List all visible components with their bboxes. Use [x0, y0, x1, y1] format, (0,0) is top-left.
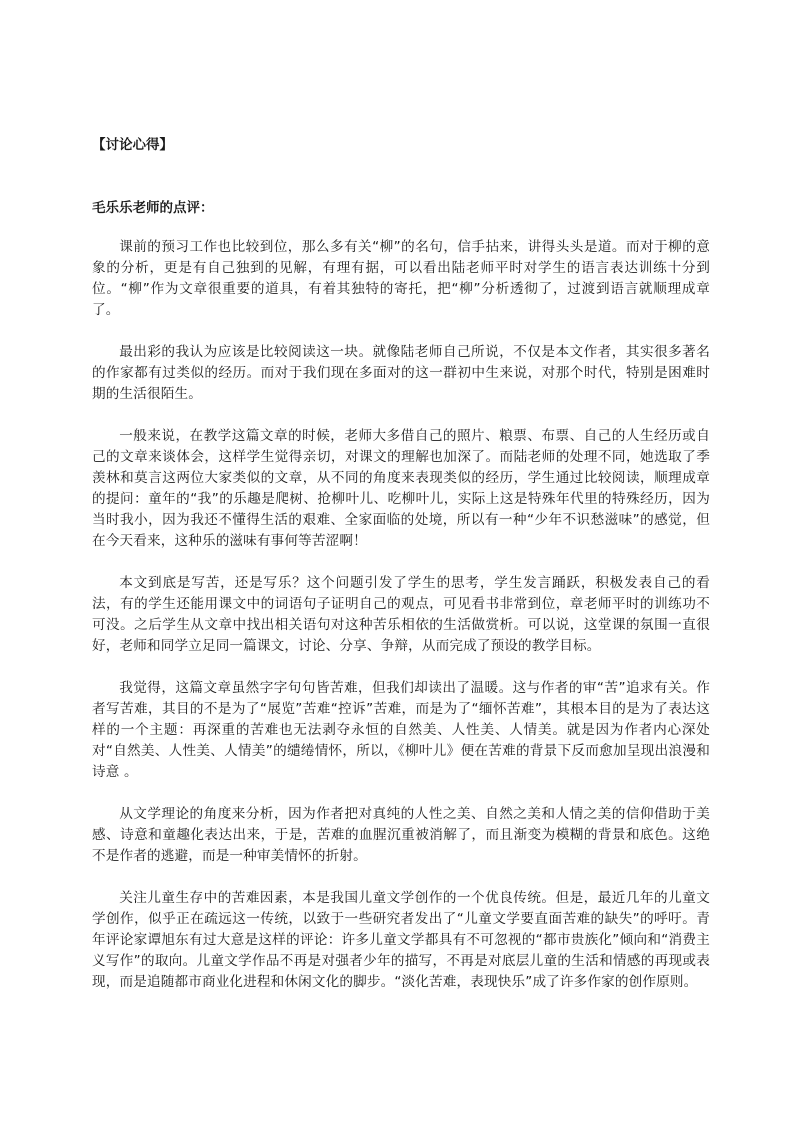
reviewer-heading: 毛乐乐老师的点评：: [92, 198, 214, 219]
paragraph-warmth: 我觉得，这篇文章虽然字字句句皆苦难，但我们却读出了温暖。这与作者的审“苦”追求有…: [92, 678, 710, 783]
paragraph-literary-theory: 从文学理论的角度来分析，因为作者把对真纯的人性之美、自然之美和人情之美的信仰借助…: [92, 804, 710, 867]
paragraph-bitter-or-joy: 本文到底是写苦，还是写乐？这个问题引发了学生的思考，学生发言踊跃，积极发表自己的…: [92, 573, 710, 657]
review-body: 课前的预习工作也比较到位，那么多有关“柳”的名句，信手拈来，讲得头头是道。而对于…: [92, 237, 710, 1014]
paragraph-childrens-literature: 关注儿童生存中的苦难因素，本是我国儿童文学创作的一个优良传统。但是，最近几年的儿…: [92, 888, 710, 993]
section-heading: 【讨论心得】: [92, 135, 173, 156]
paragraph-teaching-approach: 一般来说，在教学这篇文章的时候，老师大多借自己的照片、粮票、布票、自己的人生经历…: [92, 426, 710, 552]
paragraph-preview-work: 课前的预习工作也比较到位，那么多有关“柳”的名句，信手拈来，讲得头头是道。而对于…: [92, 237, 710, 321]
paragraph-comparative-reading: 最出彩的我认为应该是比较阅读这一块。就像陆老师自己所说，不仅是本文作者，其实很多…: [92, 342, 710, 405]
